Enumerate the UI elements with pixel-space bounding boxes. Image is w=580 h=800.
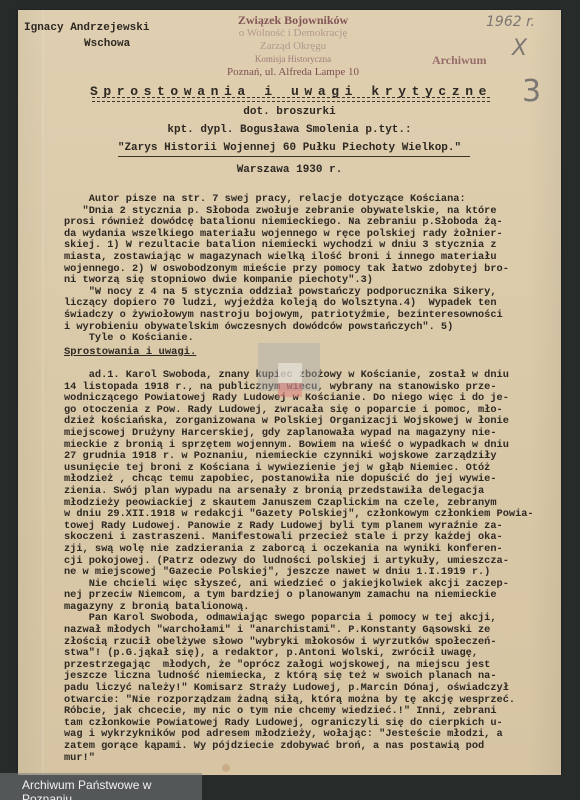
text-line: nazwał młodych "warchołami" i "anarchist…: [64, 625, 544, 637]
text-line: w dniu 29.XII.1918 w redakcji "Gazety Po…: [64, 509, 544, 521]
text-line: zienia. Swój plan wypadu na arsenały z b…: [64, 486, 544, 498]
paper-stain: [222, 764, 230, 772]
author-name: Ignacy Andrzejewski: [24, 22, 149, 34]
subtitle-line-3: "Zarys Historii Wojennej 60 Pułku Piecho…: [18, 142, 561, 154]
text-line: miasta, zostawiając w magazynach wielką …: [64, 252, 544, 264]
stamp-line-2: o Wolność i Demokrację: [198, 27, 388, 40]
text-line: zatem gorące kąpami. Wy pójdziecie zdoby…: [64, 741, 544, 753]
text-line: mur!": [64, 753, 544, 765]
pencil-x-mark: X: [512, 36, 527, 61]
text-line: zji, swą wolę nie zadzierania z zaborcą …: [64, 544, 544, 556]
section-heading: Sprostowania i uwagi.: [64, 346, 196, 358]
redaction-overlay-light: [278, 363, 302, 383]
stamp-line-1: Związek Bojowników: [198, 14, 388, 27]
stamp-line-4: Komisja Historyczna: [198, 53, 388, 66]
subtitle-line-1: dot. broszurki: [18, 106, 561, 118]
stamp-line-5: Poznań, ul. Alfreda Lampe 10: [198, 66, 388, 79]
watermark-text: Archiwum Państwowe w Poznaniu: [22, 778, 202, 800]
place-date: Warszawa 1930 r.: [18, 164, 561, 176]
watermark-banner: Archiwum Państwowe w Poznaniu: [0, 773, 202, 800]
text-line: ni tworzą się stopniowo dwie kompanie pi…: [64, 275, 544, 287]
stamp-line-3: Zarząd Okręgu: [198, 40, 388, 53]
subtitle-underline: [118, 156, 470, 159]
text-line: 27 grudnia 1918 r. w Poznaniu, niemiecki…: [64, 451, 544, 463]
redaction-overlay-red: [278, 383, 302, 397]
text-line: świadczy o żywiołowym nastroju bojowym, …: [64, 310, 544, 322]
text-line: Autor pisze na str. 7 swej pracy, relacj…: [64, 194, 544, 206]
text-line: ne w miejscowej "Gazecie Polskiej", jesz…: [64, 567, 544, 579]
author-town: Wschowa: [84, 38, 130, 50]
organization-stamp: Związek Bojowników o Wolność i Demokracj…: [198, 14, 388, 79]
pencil-page-number: 3: [522, 74, 541, 109]
subtitle-line-2: kpt. dypl. Bogusława Smolenia p.tyt.:: [18, 124, 561, 136]
archive-stamp: Archiwum: [432, 53, 486, 68]
title-underline: [92, 97, 490, 102]
body-text: ad.1. Karol Swoboda, znany kupiec zbożow…: [64, 370, 544, 764]
intro-text: Autor pisze na str. 7 swej pracy, relacj…: [64, 194, 544, 345]
text-line: miejscowej Drużyny Harcerskiej, gdy zapl…: [64, 428, 544, 440]
text-line: padu liczyć należy!" Komisarz Straży Lud…: [64, 683, 544, 695]
pencil-year-note: 1962 r.: [486, 14, 535, 30]
